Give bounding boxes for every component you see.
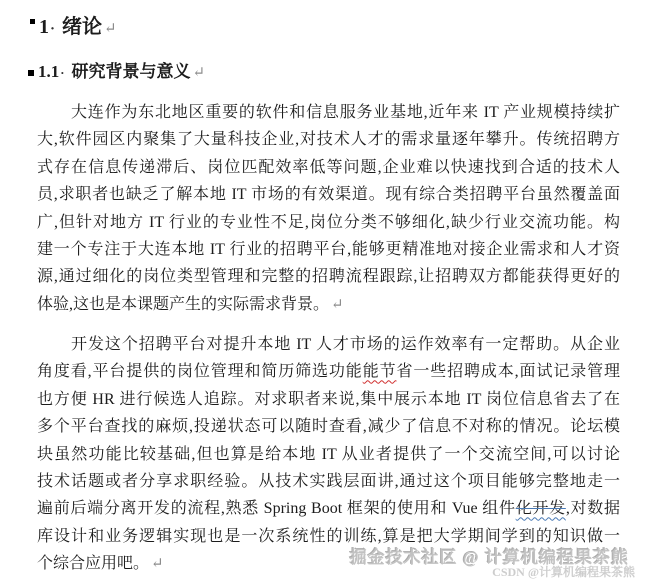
grammar-underline-text: 化开发 <box>516 500 566 517</box>
text-line: 个综合应用吧。↵ <box>37 550 620 578</box>
heading-2: 1.1·研究背景与意义↵ <box>28 59 205 86</box>
text-line: 也方便 HR 进行候选人追踪。对求职者来说,集中展示本地 IT 岗位信息省去了在 <box>37 386 620 413</box>
text-line: 角度看,平台提供的岗位管理和简历筛选功能能节省一些招聘成本,面试记录管理 <box>37 358 620 385</box>
tracked-change-text: 化开发 <box>516 500 566 517</box>
text-line: 式存在信息传递滞后、岗位匹配效率低等问题,企业难以快速找到合适的技术人 <box>37 154 620 181</box>
paragraph-mark-icon: ↵ <box>151 556 164 572</box>
text-line: 库设计和业务逻辑实现也是一次系统性的训练,算是把大学期间学到的知识做一 <box>37 523 620 550</box>
paragraph-1: 大连作为东北地区重要的软件和信息服务业基地,近年来 IT 产业规模持续扩 大,软… <box>37 99 620 319</box>
heading-1-number: 1 <box>39 16 49 38</box>
paragraph-mark-icon: ↵ <box>104 21 117 37</box>
paragraph-mark-icon: ↵ <box>331 297 344 313</box>
text-line: 技术话题或者分享求职经验。从技术实践层面讲,通过这个项目能够完整地走一 <box>37 468 620 495</box>
text-segment: 体验,这也是本课题产生的实际需求背景。 <box>37 296 329 313</box>
text-line: 大,软件园区内聚集了大量科技企业,对技术人才的需求量逐年攀升。传统招聘方 <box>37 126 620 153</box>
text-segment: 省一些招聘成本,面试记录管理 <box>396 363 620 380</box>
text-segment: 遍前后端分离开发的流程,熟悉 Spring Boot 框架的使用和 Vue 组件 <box>37 500 516 517</box>
text-line: 体验,这也是本课题产生的实际需求背景。↵ <box>37 291 620 319</box>
text-line: 建一个专注于大连本地 IT 行业的招聘平台,能够更精准地对接企业需求和人才资 <box>37 236 620 263</box>
text-segment: 个综合应用吧。 <box>37 555 149 572</box>
text-line: 开发这个招聘平台对提升本地 IT 人才市场的运作效率有一定帮助。从企业 <box>37 331 620 358</box>
text-segment: 角度看,平台提供的岗位管理和简历筛选功能 <box>37 363 363 380</box>
document-page: 1·绪论↵ 1.1·研究背景与意义↵ 大连作为东北地区重要的软件和信息服务业基地… <box>0 0 649 586</box>
text-line: 遍前后端分离开发的流程,熟悉 Spring Boot 框架的使用和 Vue 组件… <box>37 495 620 522</box>
paragraph-mark-icon: ↵ <box>193 65 206 81</box>
heading-1: 1·绪论↵ <box>30 13 117 43</box>
spellcheck-underline-text: 能节 <box>363 363 397 380</box>
text-segment: ,对数据 <box>566 500 620 517</box>
paragraph-2: 开发这个招聘平台对提升本地 IT 人才市场的运作效率有一定帮助。从企业 角度看,… <box>37 331 620 579</box>
text-line: 广,但针对地方 IT 行业的专业性不足,岗位分类不够细化,缺少行业交流功能。构 <box>37 209 620 236</box>
text-line: 大连作为东北地区重要的软件和信息服务业基地,近年来 IT 产业规模持续扩 <box>37 99 620 126</box>
text-line: 员,求职者也缺乏了解本地 IT 市场的有效渠道。现有综合类招聘平台虽然覆盖面 <box>37 181 620 208</box>
text-line: 源,通过细化的岗位类型管理和完整的招聘流程跟踪,让招聘双方都能获得更好的 <box>37 263 620 290</box>
heading-bullet-icon <box>30 19 35 24</box>
tab-mark-icon: · <box>60 66 64 80</box>
heading-2-number: 1.1 <box>38 62 59 81</box>
tab-mark-icon: · <box>50 21 55 37</box>
heading-bullet-icon <box>28 70 34 76</box>
heading-2-title: 研究背景与意义 <box>72 62 191 81</box>
text-line: 块虽然功能比较基础,但也算是给本地 IT 从业者提供了一个交流空间,可以讨论 <box>37 441 620 468</box>
text-line: 多个平台查找的麻烦,投递状态可以随时查看,减少了信息不对称的情况。论坛模 <box>37 413 620 440</box>
heading-1-title: 绪论 <box>62 16 102 38</box>
